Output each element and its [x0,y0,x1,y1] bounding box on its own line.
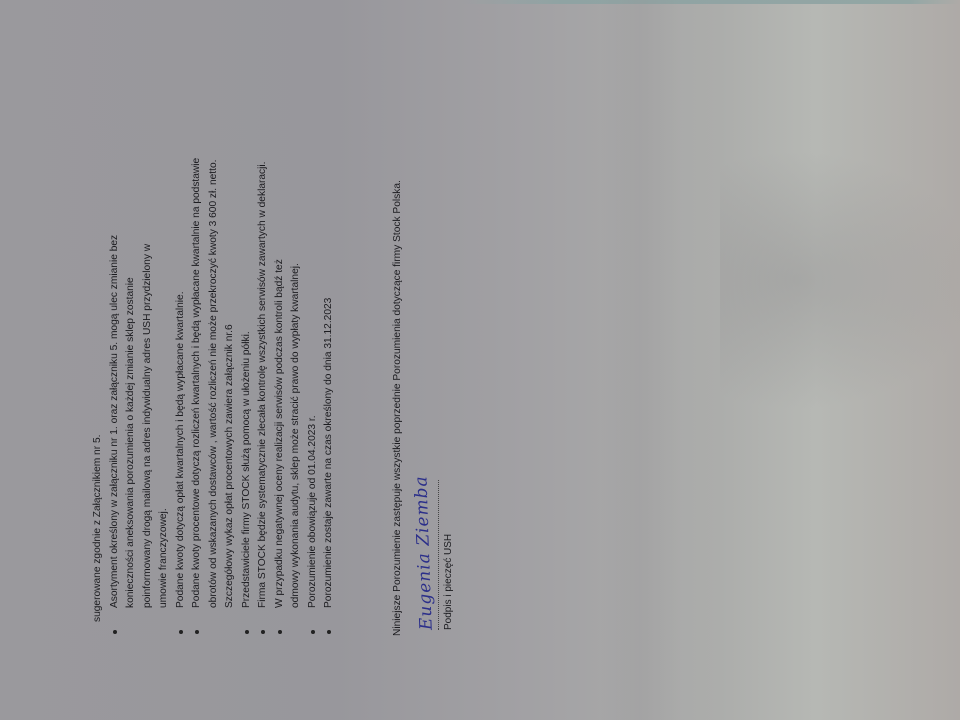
bullet-line: konieczności aneksowania porozumienia o … [123,22,140,622]
bullet-line: Szczegółowy wykaz opłat procentowych zaw… [222,22,239,622]
bullet-text: Przedstawiciele firmy STOCK służą pomocą… [241,331,252,608]
bullet-icon [311,630,315,634]
bullet-icon [327,630,331,634]
bullet-line: obrotów od wskazanych dostawców , wartoś… [206,22,223,622]
bullet-line: Porozumienie zostaje zawarte na czas okr… [321,22,338,622]
bullet-line: Asortyment określony w załączniku nr 1. … [107,22,124,622]
bullet-icon [195,630,199,634]
bullet-icon [179,630,183,634]
bullet-text: W przypadku negatywnej oceny realizacji … [274,259,285,608]
bullet-icon [245,630,249,634]
signature-block: Eugenia Ziemba Podpis i pieczęć USH [414,475,454,630]
bullet-item: Przedstawiciele firmy STOCK służą pomocą… [239,22,256,622]
bullet-item: Asortyment określony w załączniku nr 1. … [107,22,173,622]
handwritten-signature: Eugenia Ziemba [411,475,440,630]
intro-line: sugerowane zgodnie z Załącznikiem nr 5. [90,22,107,622]
bullet-text: Podane kwoty procentowe dotyczą rozlicze… [191,158,202,608]
bullet-line: Podane kwoty procentowe dotyczą rozlicze… [189,22,206,622]
bullet-text: odmowy wykonania audytu, sklep może stra… [290,263,301,608]
bullet-line: Podane kwoty dotyczą opłat kwartalnych i… [173,22,190,622]
signature-label: Podpis i pieczęć USH [443,475,454,630]
bullet-icon [278,630,282,634]
bullet-text: Szczegółowy wykaz opłat procentowych zaw… [224,324,235,608]
bullet-text: umowie franczyzowej. [158,508,169,608]
bullet-item: W przypadku negatywnej oceny realizacji … [272,22,305,622]
bullet-line: odmowy wykonania audytu, sklep może stra… [288,22,305,622]
bullet-text: obrotów od wskazanych dostawców , wartoś… [208,160,219,608]
closing-statement: Niniejsze Porozumienie zastępuje wszystk… [390,22,407,636]
bullet-text: Porozumienie zostaje zawarte na czas okr… [323,298,334,608]
document-page: sugerowane zgodnie z Załącznikiem nr 5. … [0,0,960,720]
bullet-line: Przedstawiciele firmy STOCK służą pomocą… [239,22,256,622]
bullet-list: Asortyment określony w załączniku nr 1. … [107,22,338,622]
bullet-item: Firma STOCK będzie systematycznie zlecał… [255,22,272,622]
bullet-item: Podane kwoty procentowe dotyczą rozlicze… [189,22,239,622]
bullet-icon [113,630,117,634]
bullet-icon [261,630,265,634]
bullet-item: Porozumienie zostaje zawarte na czas okr… [321,22,338,622]
bullet-text: Asortyment określony w załączniku nr 1. … [109,235,120,608]
bullet-item: Porozumienie obowiązuje od 01.04.2023 r. [305,22,322,622]
bullet-line: umowie franczyzowej. [156,22,173,622]
bullet-item: Podane kwoty dotyczą opłat kwartalnych i… [173,22,190,622]
bullet-line: W przypadku negatywnej oceny realizacji … [272,22,289,622]
document-body: sugerowane zgodnie z Załącznikiem nr 5. … [90,22,406,622]
bullet-text: Podane kwoty dotyczą opłat kwartalnych i… [175,291,186,608]
bullet-text: Porozumienie obowiązuje od 01.04.2023 r. [307,415,318,608]
bullet-text: konieczności aneksowania porozumienia o … [125,277,136,608]
bullet-line: poinformowany drogą mailową na adres ind… [140,22,157,622]
bullet-line: Firma STOCK będzie systematycznie zlecał… [255,22,272,622]
bullet-line: Porozumienie obowiązuje od 01.04.2023 r. [305,22,322,622]
bullet-text: poinformowany drogą mailową na adres ind… [142,244,153,608]
bullet-text: Firma STOCK będzie systematycznie zlecał… [257,161,268,608]
